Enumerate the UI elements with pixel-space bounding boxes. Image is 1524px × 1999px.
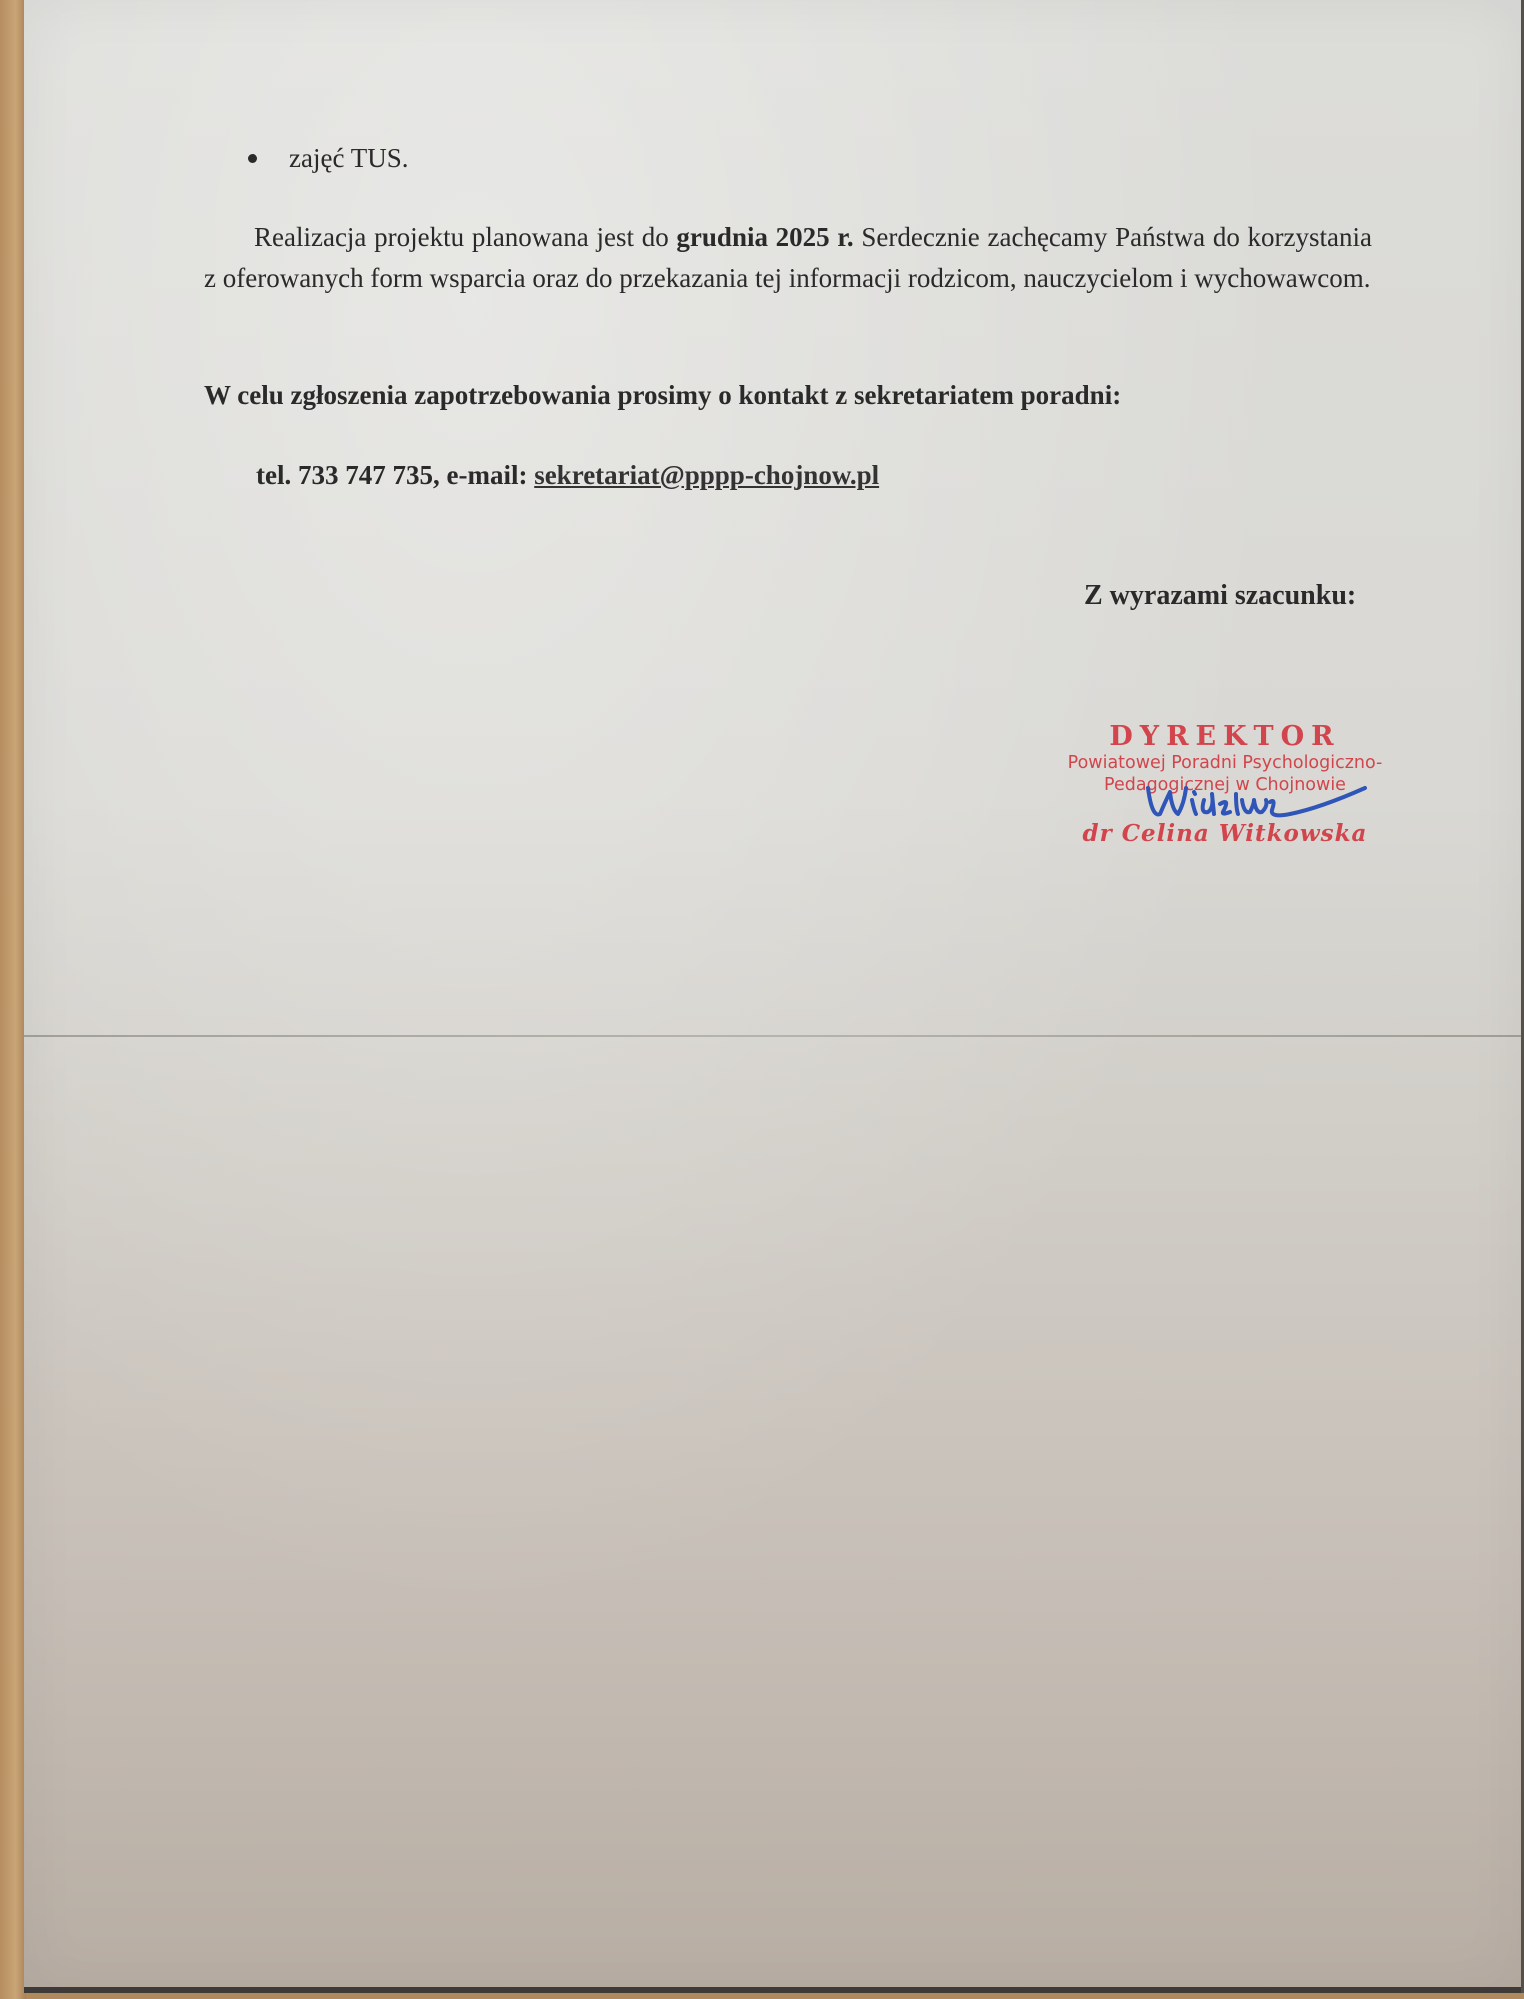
signature-icon xyxy=(1140,770,1380,830)
bullet-icon xyxy=(248,154,257,163)
phone-label: tel. 733 747 735, e-mail: xyxy=(256,460,534,490)
paragraph-bold-date: grudnia 2025 r. xyxy=(676,222,853,252)
bullet-item: zajęć TUS. xyxy=(248,138,408,179)
stamp-title: DYREKTOR xyxy=(1050,722,1400,752)
paragraph-text-1: Realizacja projektu planowana jest do xyxy=(254,222,676,252)
bottom-edge xyxy=(24,1987,1521,1993)
body-paragraph: Realizacja projektu planowana jest do gr… xyxy=(204,217,1372,299)
contact-heading: W celu zgłoszenia zapotrzebowania prosim… xyxy=(204,375,1121,416)
closing-phrase: Z wyrazami szacunku: xyxy=(1084,575,1356,616)
desk-surface xyxy=(0,0,26,1999)
contact-line: tel. 733 747 735, e-mail: sekretariat@pp… xyxy=(256,455,879,496)
bullet-text: zajęć TUS. xyxy=(289,143,408,173)
fold-line xyxy=(24,1035,1521,1037)
email-link[interactable]: sekretariat@pppp-chojnow.pl xyxy=(534,460,879,490)
